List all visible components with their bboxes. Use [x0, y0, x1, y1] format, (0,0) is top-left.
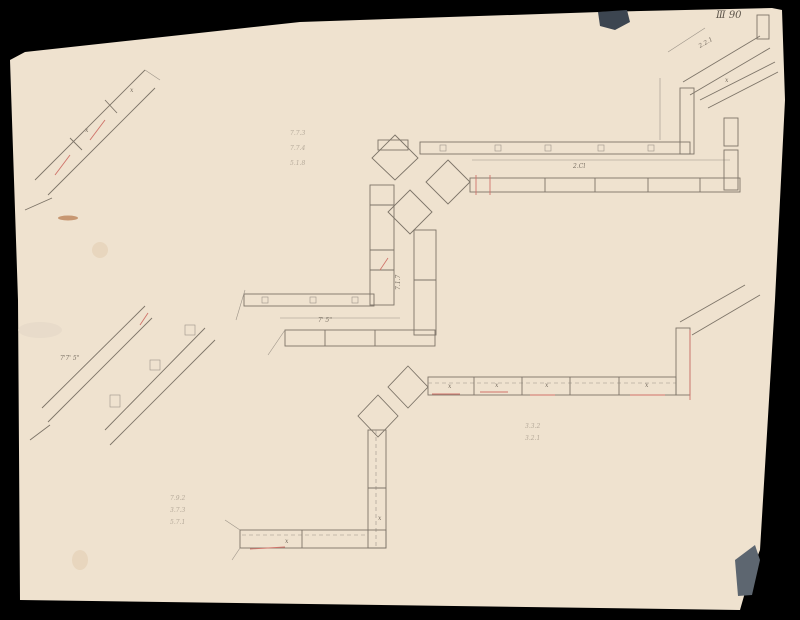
sheet-label: Ⅲ 90	[715, 10, 742, 21]
stain	[72, 550, 88, 570]
scanned-plan-drawing: Ⅲ 90 x x 7'7' 5"	[0, 0, 800, 620]
stain	[92, 242, 108, 258]
paper-sheet	[10, 8, 785, 610]
svg-text:5.1.8: 5.1.8	[290, 160, 305, 167]
svg-text:3.3.2: 3.3.2	[525, 423, 540, 430]
stain	[18, 322, 62, 338]
svg-text:7' 5": 7' 5"	[318, 317, 332, 324]
svg-text:7.7.4: 7.7.4	[290, 145, 305, 152]
svg-text:2.Cl: 2.Cl	[572, 163, 585, 170]
svg-text:7.7.3: 7.7.3	[290, 130, 305, 137]
svg-text:7.1.7: 7.1.7	[395, 275, 402, 290]
svg-text:3.2.1: 3.2.1	[525, 435, 540, 442]
stain	[58, 216, 78, 221]
svg-text:5.7.1: 5.7.1	[170, 519, 185, 526]
svg-text:7.9.2: 7.9.2	[170, 495, 185, 502]
svg-text:3.7.3: 3.7.3	[170, 507, 185, 514]
svg-text:7'7' 5": 7'7' 5"	[60, 355, 80, 362]
